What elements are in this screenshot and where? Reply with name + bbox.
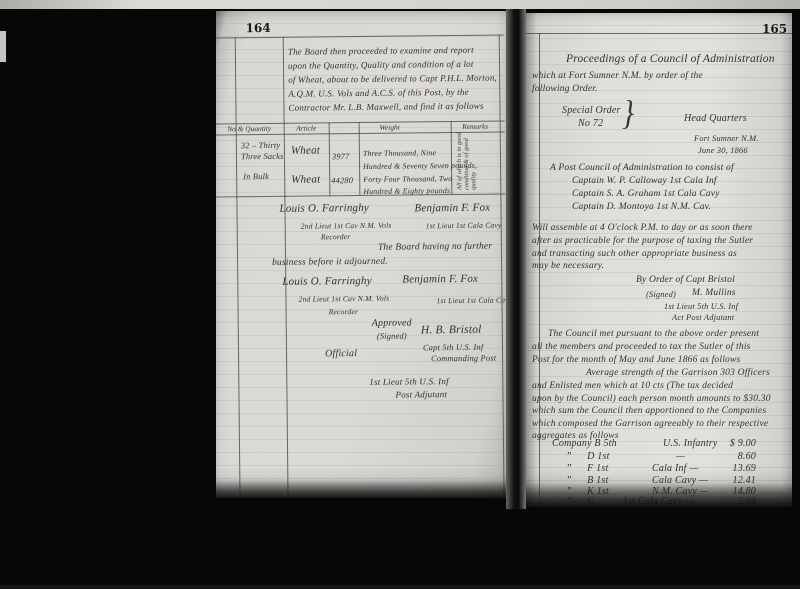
company-name: ” G [566,495,595,507]
adjourn-text: The Board having no further [378,241,492,255]
signature-recorder-role: Recorder [321,230,351,243]
council-member: Captain D. Montoya 1st N.M. Cav. [572,201,720,214]
cell-weight-words: Hundred & Eighty pounds [363,184,450,198]
col-header-article: Article [284,123,329,132]
signature-member: Benjamin F. Fox [402,273,478,287]
film-edge-strip [0,0,800,9]
strength-line: and Enlisted men which at 10 cts (The ta… [532,380,771,393]
official-label: Official [325,347,357,360]
adjutant-rank: 1st Lieut 5th U.S. Inf [369,375,449,389]
col-header-weight: Weight [329,122,451,132]
cell-article: Wheat [291,144,320,157]
council-member: Captain S. A. Graham 1st Cala Cavy [572,188,720,201]
met-line: Post for the month of May and June 1866 … [532,354,740,367]
cell-remarks: All of which is in good condition & of g… [456,132,478,190]
signature-commander: H. B. Bristol [421,324,482,338]
film-bottom-strip [0,585,800,589]
cell-quantity: Three Sacks [241,150,284,163]
film-edge-notch [0,31,6,62]
cell-quantity: In Bulk [243,170,269,183]
strength-line: which sum the Council then apportioned t… [532,405,771,418]
strength-paragraph: and Enlisted men which at 10 cts (The ta… [532,380,771,443]
rule-top [216,34,504,38]
page-number-left: 164 [246,21,271,35]
met-line: all the members and proceeded to tax the… [532,341,751,354]
intro-line: Contractor Mr. L.B. Maxwell, and find it… [288,99,497,115]
council-intro: A Post Council of Administration to cons… [550,162,734,175]
rule-table-bottom [216,193,505,197]
cell-weight-number: 44280 [331,174,353,187]
adjutant-title: Post Adjutant [395,388,447,402]
council-members: Captain W. P. Calloway 1st Cala Inf Capt… [572,175,720,213]
commander-title: Commanding Post [431,352,496,366]
intro-paragraph: The Board then proceeded to examine and … [288,43,498,115]
by-order-line: By Order of Capt Bristol [636,274,735,287]
brace-mark: } [622,94,634,133]
adjutant-title: Act Post Adjutant [672,311,734,324]
council-member: Captain W. P. Calloway 1st Cala Inf [572,175,720,188]
adjourn-text: business before it adjourned. [272,256,388,270]
signature-member: Benjamin F. Fox [414,202,490,216]
assemble-line: after as practicable for the purpose of … [532,235,753,248]
signature-recorder: Louis O. Farringhy [279,202,369,216]
cell-weight-number: 3977 [332,150,350,163]
col-header-quantity: No & Quantity [216,124,284,134]
company-unit: U.S. Infantry [663,437,718,450]
signature-member-rank: 1st Lieut 1st Cala Cavy [426,219,502,233]
proceedings-text: which at Fort Sumner N.M. by order of th… [532,70,703,83]
book-gutter [506,9,526,509]
signature-member-rank: 1st Lieut 1st Cala Cavy [436,293,506,307]
signature-recorder: Louis O. Farringhy [282,275,372,289]
headquarters-date: June 30, 1866 [698,144,748,157]
company-name: Company B 5th [552,437,617,450]
rule-right-margin [499,35,505,497]
cell-article: Wheat [291,173,320,186]
signed-label: (Signed) [377,330,407,343]
signature-recorder-rank: 2nd Lieut 1st Cav N.M. Vols [298,292,389,306]
rule-left-margin [235,37,241,498]
proceedings-text: following Order. [532,83,598,96]
right-page: 165 Proceedings of a Council of Administ… [526,13,792,507]
special-order-number: No 72 [578,117,603,130]
assemble-line: Will assemble at 4 O'clock P.M. to day o… [532,222,753,235]
company-unit: 1st Cala Cavy — [623,495,694,507]
signature-adjutant: M. Mullins [692,287,736,300]
left-page: 164 The Board then proceeded to examine … [216,11,506,498]
assemble-line: and transacting such other appropriate b… [532,248,753,261]
strength-line: upon by the Council) each person month a… [532,393,771,406]
signature-recorder-role: Recorder [329,305,359,318]
left-page-content: 164 The Board then proceeded to examine … [216,11,506,498]
assemble-paragraph: Will assemble at 4 O'clock P.M. to day o… [532,222,753,273]
company-amount: 2.69 [716,495,756,507]
headquarters-label: Head Quarters [684,112,747,125]
cell-weight-words: Three Thousand, Nine [363,146,436,160]
assemble-line: may be necessary. [532,260,753,273]
strength-line: which composed the Garrison agreeably to… [532,418,771,431]
met-line: The Council met pursuant to the above or… [548,328,759,341]
company-amount: $ 9.00 [716,437,756,450]
microfilm-scan: 164 The Board then proceeded to examine … [0,0,800,589]
rule-top [526,33,792,34]
col-header-remarks: Remarks [451,122,500,132]
approved-label: Approved [372,316,412,329]
special-order-label: Special Order [562,104,621,117]
strength-line: Average strength of the Garrison 303 Off… [586,367,770,380]
proceedings-title: Proceedings of a Council of Administrati… [566,53,775,66]
